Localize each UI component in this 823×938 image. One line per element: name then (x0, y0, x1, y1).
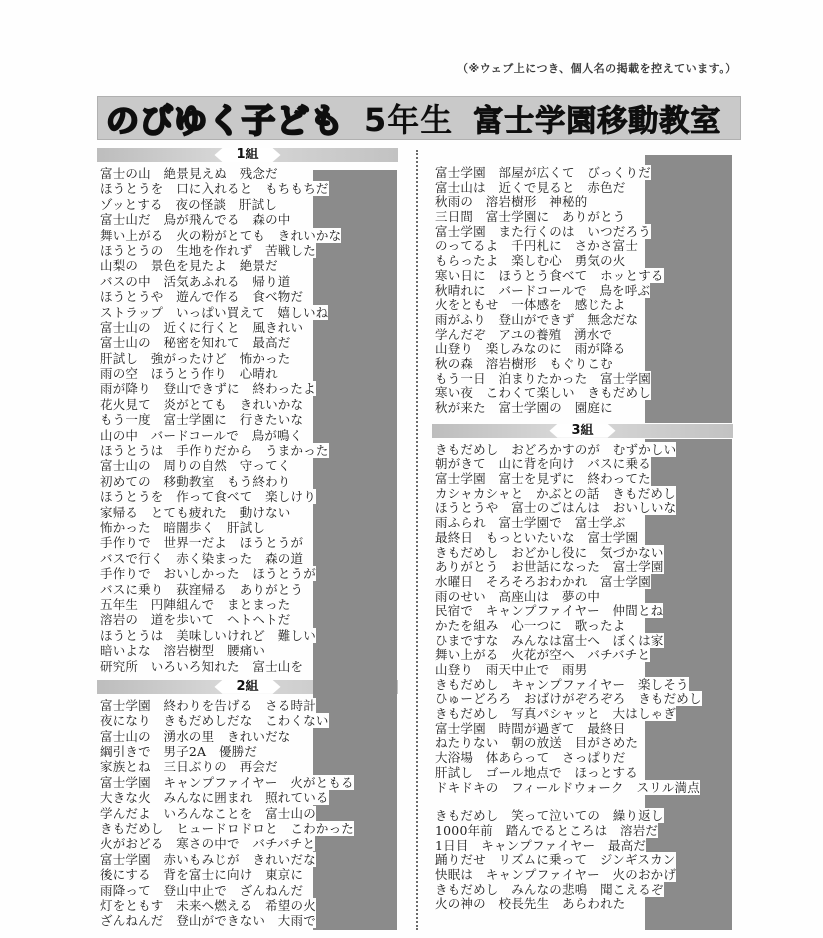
scanned-newsletter-page: （※ウェブ上につき、個人名の掲載を控えています。） のびゆく子ども 5年生 富士… (0, 0, 823, 938)
redaction-box-left (313, 170, 397, 930)
column-divider (416, 150, 418, 930)
class-header-label: 1組 (214, 148, 280, 162)
privacy-note: （※ウェブ上につき、個人名の掲載を控えています。） (457, 60, 747, 76)
redaction-box-right-top (645, 155, 732, 423)
banner-title-nobiyuku: のびゆく子ども (106, 96, 344, 140)
poem-line: きもだめし ヒュードロドロと こわかった (97, 820, 398, 835)
poem-line: ひゅーどろろ おばけがぞろぞろ きもだめし (432, 691, 733, 706)
class-header-band: 3組 (432, 424, 733, 438)
poem-line: 富士学園 キャンプファイヤー 火がともる (97, 774, 398, 789)
banner-title-grade: 5年生 (364, 96, 453, 140)
class-header-band: 1組 (97, 148, 398, 162)
class-header-label: 3組 (549, 424, 615, 438)
class-header-label: 2組 (214, 680, 280, 694)
title-banner: のびゆく子ども 5年生 富士学園移動教室 (97, 96, 741, 140)
poem-line: きもだめし キャンプファイヤー 楽しそう (432, 677, 733, 692)
banner-title-fujigakuen: 富士学園移動教室 (473, 96, 721, 140)
poem-line: ドキドキの フィールドウォーク スリル満点 (432, 780, 733, 795)
